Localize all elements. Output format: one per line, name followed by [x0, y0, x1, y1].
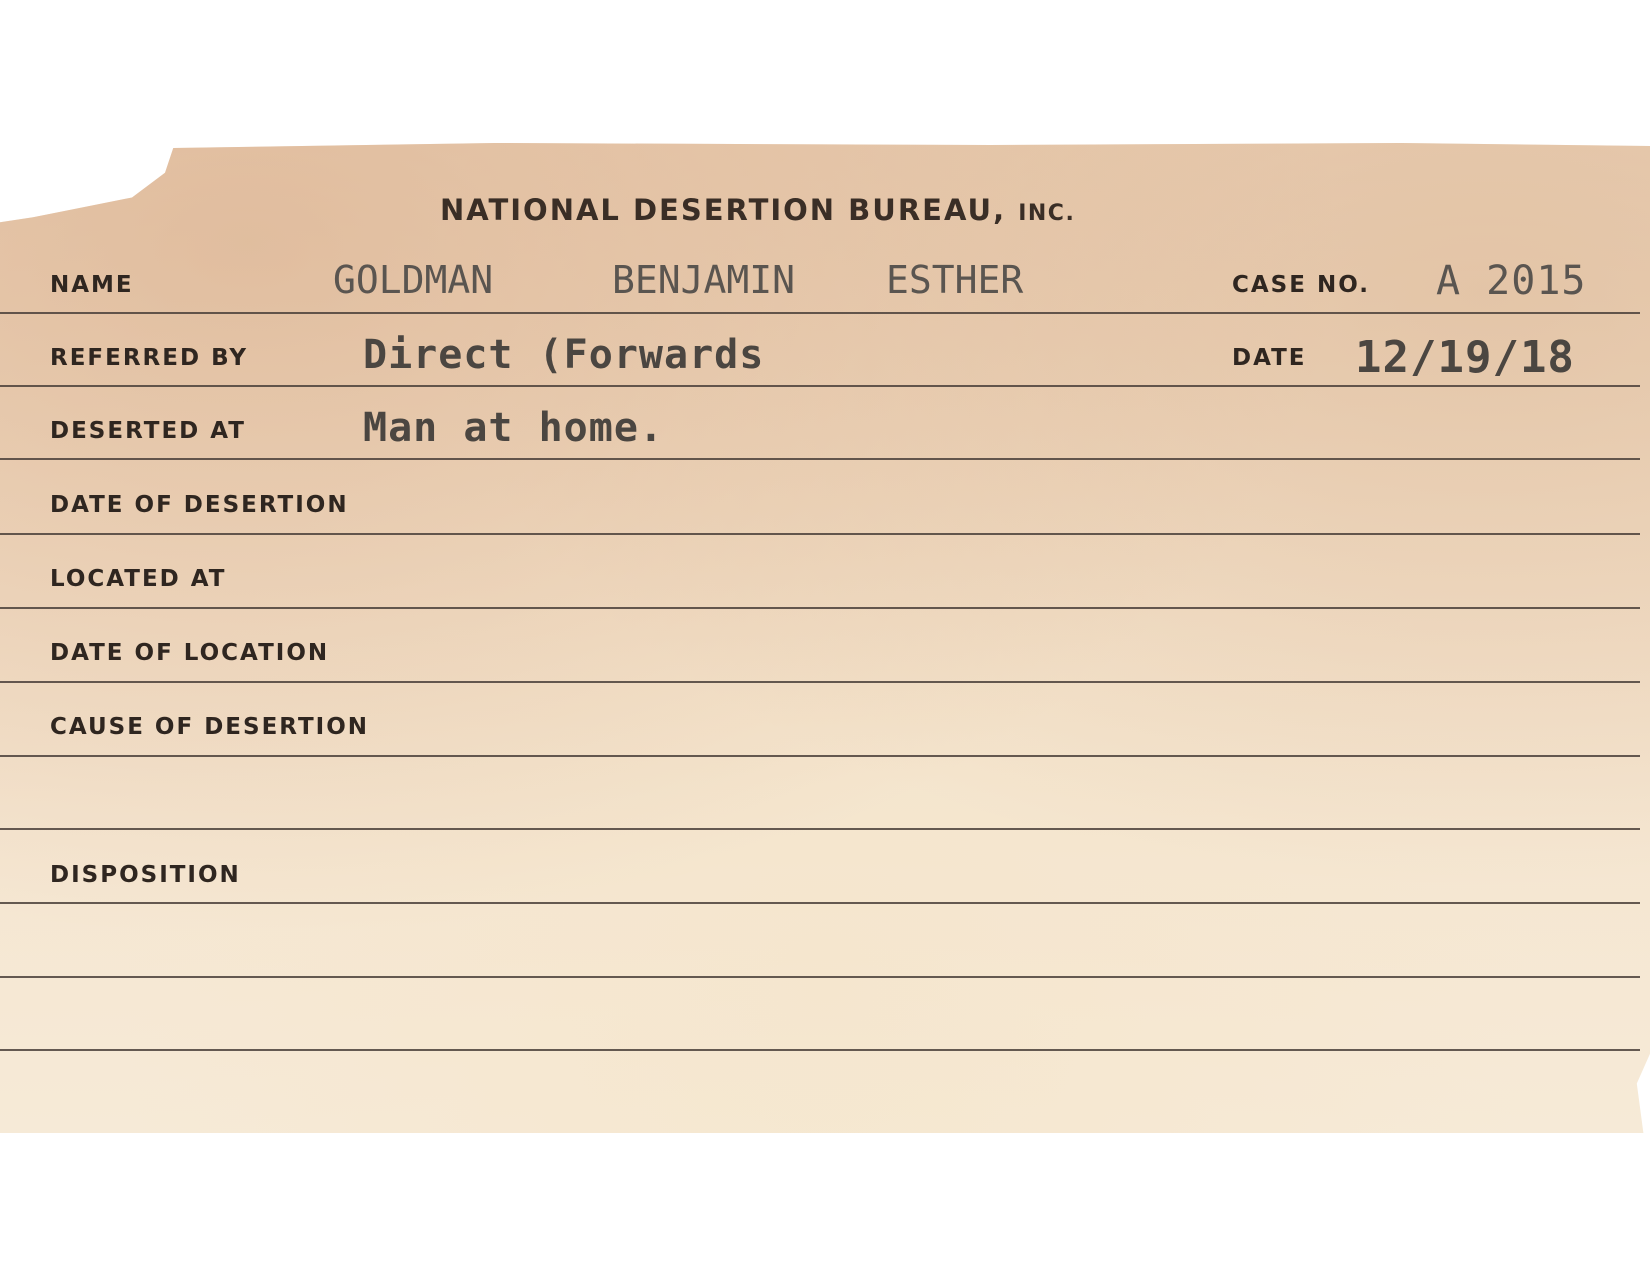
bureau-suffix: INC. [1018, 201, 1075, 226]
rule-date-of-desertion [0, 533, 1640, 535]
deserted-at-label: DESERTED AT [50, 418, 246, 444]
date-of-location-label: DATE OF LOCATION [50, 640, 329, 666]
date-label: DATE [1232, 345, 1307, 371]
name-spouse-value: ESTHER [886, 258, 1023, 302]
rule-referred-by [0, 385, 1640, 387]
name-label: NAME [50, 272, 134, 298]
date-value: 12/19/18 [1355, 332, 1575, 383]
name-given-value: BENJAMIN [612, 258, 795, 302]
deserted-at-value: Man at home. [363, 405, 664, 451]
located-at-label: LOCATED AT [50, 566, 227, 592]
card-title: NATIONAL DESERTION BUREAU, INC. [440, 193, 1075, 227]
disposition-label: DISPOSITION [50, 862, 241, 888]
case-no-value: A 2015 [1436, 258, 1587, 304]
rule-located-at [0, 607, 1640, 609]
rule-deserted-at [0, 458, 1640, 460]
referred-by-label: REFERRED BY [50, 345, 248, 371]
name-surname-value: GOLDMAN [333, 258, 493, 302]
rule-disposition-continued-2 [0, 1049, 1640, 1051]
rule-name [0, 312, 1640, 314]
referred-by-value: Direct (Forwards [363, 332, 764, 378]
date-of-desertion-label: DATE OF DESERTION [50, 492, 349, 518]
cause-of-desertion-label: CAUSE OF DESERTION [50, 714, 369, 740]
bureau-name: NATIONAL DESERTION BUREAU, [440, 193, 1006, 227]
rule-date-of-location [0, 681, 1640, 683]
rule-cause-of-desertion [0, 755, 1640, 757]
rule-disposition [0, 902, 1640, 904]
case-no-label: CASE NO. [1232, 272, 1370, 298]
rule-disposition-continued-1 [0, 976, 1640, 978]
index-card [0, 143, 1650, 1133]
rule-cause-continued [0, 828, 1640, 830]
